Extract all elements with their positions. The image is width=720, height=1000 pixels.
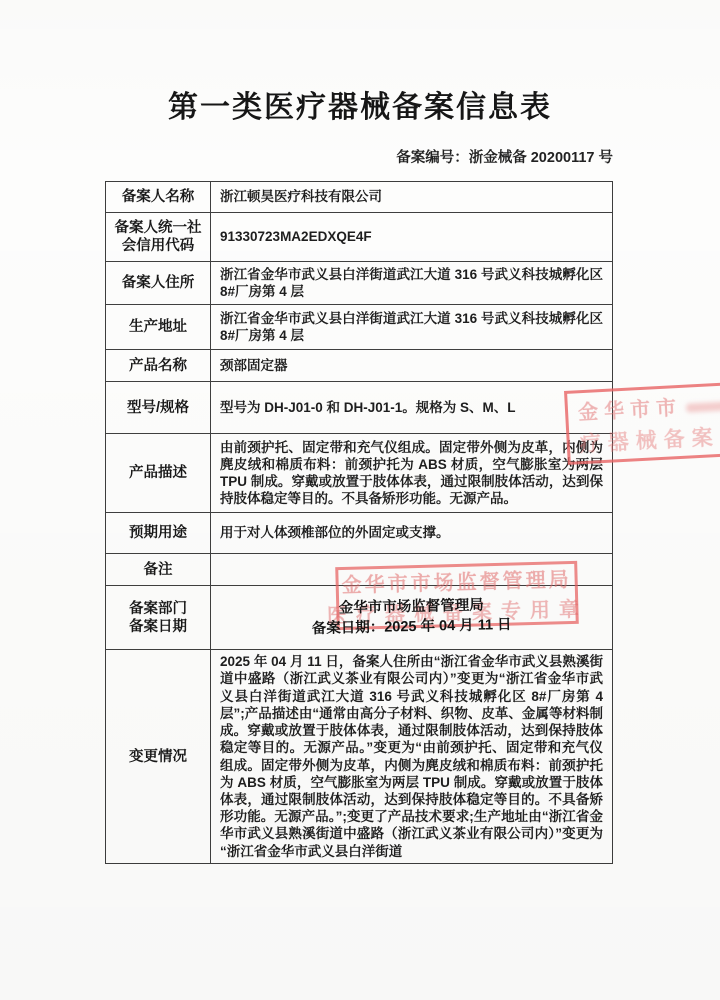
change-history-text: 2025 年 04 月 11 日，备案人住所由“浙江省金华市武义县熟溪街道中盛路… <box>220 653 603 859</box>
stamp-line-purpose-partial: 疗器械备案 <box>579 421 720 458</box>
row-value: 2025 年 04 月 11 日，备案人住所由“浙江省金华市武义县熟溪街道中盛路… <box>211 650 612 863</box>
row-label: 备案部门 备案日期 <box>106 586 211 649</box>
row-value: 由前颈护托、固定带和充气仪组成。固定带外侧为皮革，内侧为麂皮绒和棉质布料：前颈护… <box>211 434 612 512</box>
row-value: 浙江省金华市武义县白洋街道武江大道 316 号武义科技城孵化区 8#厂房第 4 … <box>211 262 612 304</box>
row-value: 浙江省金华市武义县白洋街道武江大道 316 号武义科技城孵化区 8#厂房第 4 … <box>211 305 612 349</box>
row-value: 型号为 DH-J01-0 和 DH-J01-1。规格为 S、M、L <box>211 382 612 433</box>
row-value: 颈部固定器 <box>211 350 612 381</box>
row-value: 用于对人体颈椎部位的外固定或支撑。 <box>211 513 612 553</box>
table-row-product-name: 产品名称 颈部固定器 <box>106 349 612 381</box>
table-row-production-address: 生产地址 浙江省金华市武义县白洋街道武江大道 316 号武义科技城孵化区 8#厂… <box>106 304 612 349</box>
stamp-line-authority-partial: 金华市市 <box>577 391 682 425</box>
table-row-change-history: 变更情况 2025 年 04 月 11 日，备案人住所由“浙江省金华市武义县熟溪… <box>106 649 612 863</box>
row-value: 91330723MA2EDXQE4F <box>211 213 612 261</box>
filing-number: 备案编号：浙金械备 20200117 号 <box>105 146 613 167</box>
filing-dept-block: 金华市市场监督管理局 备案日期：2025 年 04 月 11 日 <box>220 594 604 641</box>
table-row-credit-code: 备案人统一社 会信用代码 91330723MA2EDXQE4F <box>106 212 612 261</box>
row-label: 产品描述 <box>106 434 211 512</box>
table-row-product-description: 产品描述 由前颈护托、固定带和充气仪组成。固定带外侧为皮革，内侧为麂皮绒和棉质布… <box>106 433 612 512</box>
table-row-intended-use: 预期用途 用于对人体颈椎部位的外固定或支撑。 <box>106 512 612 553</box>
stamp-line-authority: 金华市市场监督管理局 <box>341 563 572 598</box>
document-title: 第一类医疗器械备案信息表 <box>0 82 720 126</box>
edge-seal-stamp: 金华市市 疗器械备案 <box>564 379 720 465</box>
table-row-filer-name: 备案人名称 浙江顿昊医疗科技有限公司 <box>106 182 612 212</box>
row-label: 产品名称 <box>106 350 211 381</box>
row-label: 备案人名称 <box>106 182 211 212</box>
row-label: 预期用途 <box>106 513 211 553</box>
row-label: 备案人住所 <box>106 262 211 304</box>
table-row-filer-address: 备案人住所 浙江省金华市武义县白洋街道武江大道 316 号武义科技城孵化区 8#… <box>106 261 612 304</box>
row-label: 备注 <box>106 554 211 585</box>
row-label: 型号/规格 <box>106 382 211 433</box>
row-label: 生产地址 <box>106 305 211 349</box>
stamp-smear-mark <box>686 397 720 412</box>
row-value: 浙江顿昊医疗科技有限公司 <box>211 182 612 212</box>
filing-info-table: 备案人名称 浙江顿昊医疗科技有限公司 备案人统一社 会信用代码 91330723… <box>105 181 613 864</box>
row-label: 备案人统一社 会信用代码 <box>106 213 211 261</box>
scanned-document-page: 第一类医疗器械备案信息表 备案编号：浙金械备 20200117 号 备案人名称 … <box>0 0 720 1000</box>
row-label: 变更情况 <box>106 650 211 863</box>
table-row-model-spec: 型号/规格 型号为 DH-J01-0 和 DH-J01-1。规格为 S、M、L <box>106 381 612 433</box>
